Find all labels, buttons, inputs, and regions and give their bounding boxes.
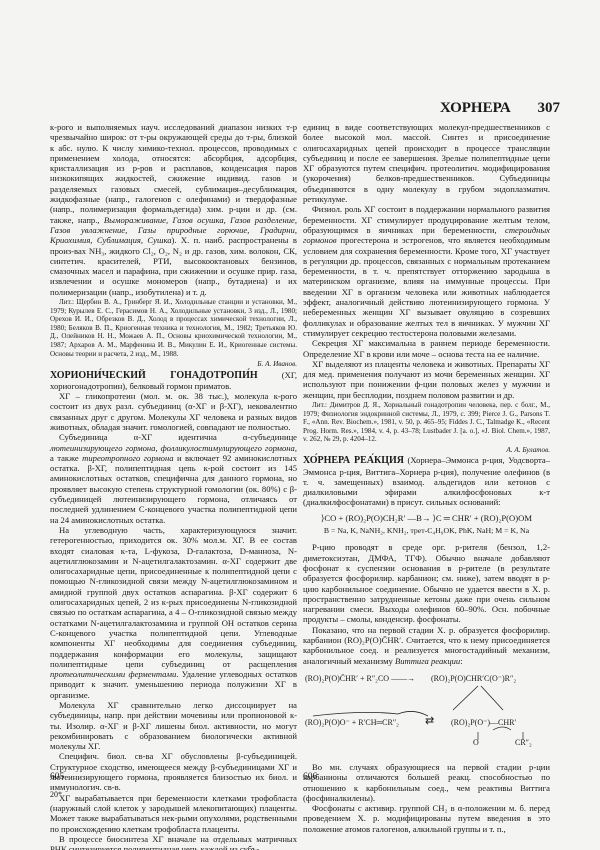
paragraph: единиц в виде соответствующих молекул-пр… [303,122,550,204]
left-column: к-рого и выполняемых науч. исследований … [50,122,297,850]
scheme-ring-oxygen: O [473,738,479,748]
paragraph: Субъединица α-ХГ идентична α-субъединице… [50,432,297,525]
entry-heading: ХОРИОНИ́ЧЕСКИЙ ГОНАДОТРОПИ́Н (ХГ, хориог… [50,370,297,392]
header-page-number: 307 [538,100,561,117]
scheme-products: (RO)₂P(O)O⁻ + R′CH═CR″₂ [305,718,399,728]
right-page-number: 606 [303,772,317,782]
header-title: ХОРНЕРА [440,100,511,117]
paragraph: Секреция ХГ максимальна в раннем периоде… [303,338,550,359]
entry-title: ХОРИОНИ́ЧЕСКИЙ ГОНАДОТРОПИ́Н [50,370,258,381]
author-signature: Б. А. Иванов. [50,359,297,369]
paragraph: Р-цию проводят в среде орг. р-рителя (бе… [303,542,550,624]
paragraph: Фосфонаты с активир. группой CH₂ в α-пол… [303,803,550,834]
scheme-oxaphosphetane: (RO)₂P(O⁻)—CHR′ [451,718,516,728]
author-signature: А. А. Булатов. [303,445,550,455]
literature-list: Лит.: Щербин В. А., Гринберг Я. И., Холо… [50,298,297,358]
right-column: единиц в виде соответствующих молекул-пр… [303,122,550,834]
paragraph: На углеводную часть, характеризующуюся з… [50,525,297,700]
scheme-arrows-icon [303,672,550,754]
entry-title: ХО́РНЕРА РЕА́КЦИЯ [303,455,404,466]
reaction-conditions: B = Na, K, NaNH₂, KNH₂, трет-C₄H₉OK, PhK… [303,526,550,536]
equilibrium-arrow-icon: ⇄ [425,716,434,726]
left-page-number: 605 [50,772,64,782]
paragraph: Во мн. случаях образующиеся на первой ст… [303,762,550,803]
paragraph: В процессе биосинтеза ХГ вначале на отде… [50,834,297,850]
signature-mark: 20* [50,790,62,799]
paragraph: ХГ – гликопротеин (мол. м. ок. 38 тыс.),… [50,391,297,432]
paragraph: Показано, что на первой стадии Х. р. обр… [303,625,550,666]
scheme-ring-carbon: CR″₂ [515,738,532,748]
reaction-equation: ⟩CO + (RO)₂P(O)CH₂R′ —B→ ⟩C ═ CHR′ + (RO… [303,513,550,523]
mechanism-scheme: (RO)₂P(O)C̄HR′ + R″₂CO ——→ (RO)₂P(O)CHR′… [303,672,550,754]
paragraph: ХГ вырабатывается при беременности клетк… [50,793,297,834]
literature-list: Лит.: Димитров Д. Я., Хориальный гонадот… [303,401,550,444]
paragraph: Молекула ХГ сравнительно легко диссоциир… [50,700,297,751]
paragraph: Специфич. биол. св-ва ХГ обусловлены β-с… [50,751,297,792]
paragraph: к-рого и выполняемых науч. исследований … [50,122,297,297]
paragraph: ХГ выделяют из плаценты человека и живот… [303,359,550,400]
entry-heading: ХО́РНЕРА РЕА́КЦИЯ (Хорнера–Эммонса р-ция… [303,455,550,507]
paragraph: Физиол. роль ХГ состоит в поддержании но… [303,204,550,338]
